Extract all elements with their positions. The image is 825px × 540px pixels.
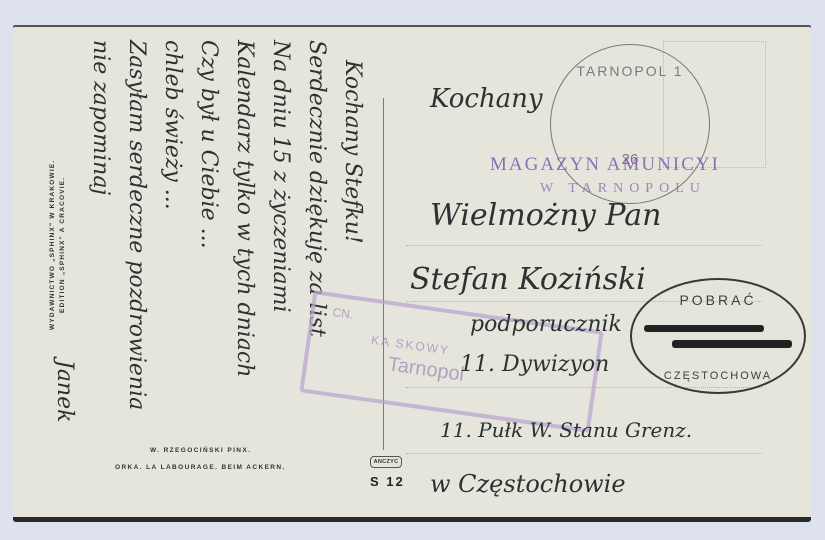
strike-bar: [644, 325, 764, 332]
postmark-town: TARNOPOL 1: [551, 63, 709, 79]
ammunition-depot-stamp-line-2: W TARNOPOLU: [540, 181, 706, 197]
publisher-line-1: WYDAWNICTWO „SPHINX" W KRAKOWIE.: [48, 160, 58, 330]
address-line-3: podporucznik: [470, 312, 622, 337]
message-line: chleb świeży ...: [160, 40, 185, 210]
card-edge-shadow: [13, 517, 811, 522]
artist-caption: W. RZEGOCIŃSKI PINX.: [150, 447, 251, 454]
address-line-4: 11. Dywizyon: [460, 352, 609, 377]
publisher-imprint: WYDAWNICTWO „SPHINX" W KRAKOWIE. EDITION…: [48, 160, 68, 330]
address-line: [406, 453, 762, 454]
printer-mark: ANCZYC: [370, 456, 402, 468]
message-line: Zasyłam serdeczne pozdrowienia: [124, 40, 149, 410]
address-salutation: Kochany: [430, 84, 543, 114]
message-line: Kochany Stefku!: [340, 60, 365, 244]
postage-due-oval-stamp: POBRAĆ CZĘSTOCHOWA: [630, 278, 806, 394]
rect-stamp-line-1: CN.: [332, 305, 354, 322]
message-line: nie zapominaj: [88, 40, 113, 195]
message-line: Na dniu 15 z życzeniami: [268, 40, 293, 313]
ammunition-depot-stamp-line-1: MAGAZYN AMUNICYI: [490, 154, 720, 176]
oval-stamp-bottom: CZĘSTOCHOWA: [632, 370, 804, 382]
rect-stamp-line-2: KA SKOWY: [370, 333, 451, 358]
address-line-2: Stefan Koziński: [410, 262, 646, 297]
message-line: Janek: [52, 360, 77, 422]
publisher-line-2: EDITION „SPHINX" A CRACOVIE.: [58, 160, 68, 330]
series-number: S 12: [370, 474, 405, 489]
tarnopol-postmark: TARNOPOL 1 26: [550, 44, 710, 204]
picture-title-caption: ORKA. LA LABOURAGE. BEIM ACKERN.: [115, 464, 286, 471]
address-line-6: w Częstochowie: [430, 470, 626, 498]
address-line: [406, 245, 762, 246]
message-line: Czy był u Ciebie ...: [196, 40, 221, 249]
strike-bar: [672, 340, 792, 348]
oval-stamp-top: POBRAĆ: [632, 292, 804, 308]
message-line: Kalendarz tylko w tych dniach: [232, 40, 257, 377]
address-line-5: 11. Pułk W. Stanu Grenz.: [440, 418, 692, 442]
address-line-1: Wielmożny Pan: [430, 198, 661, 233]
rect-stamp-line-3: Tarnopol: [386, 353, 465, 386]
